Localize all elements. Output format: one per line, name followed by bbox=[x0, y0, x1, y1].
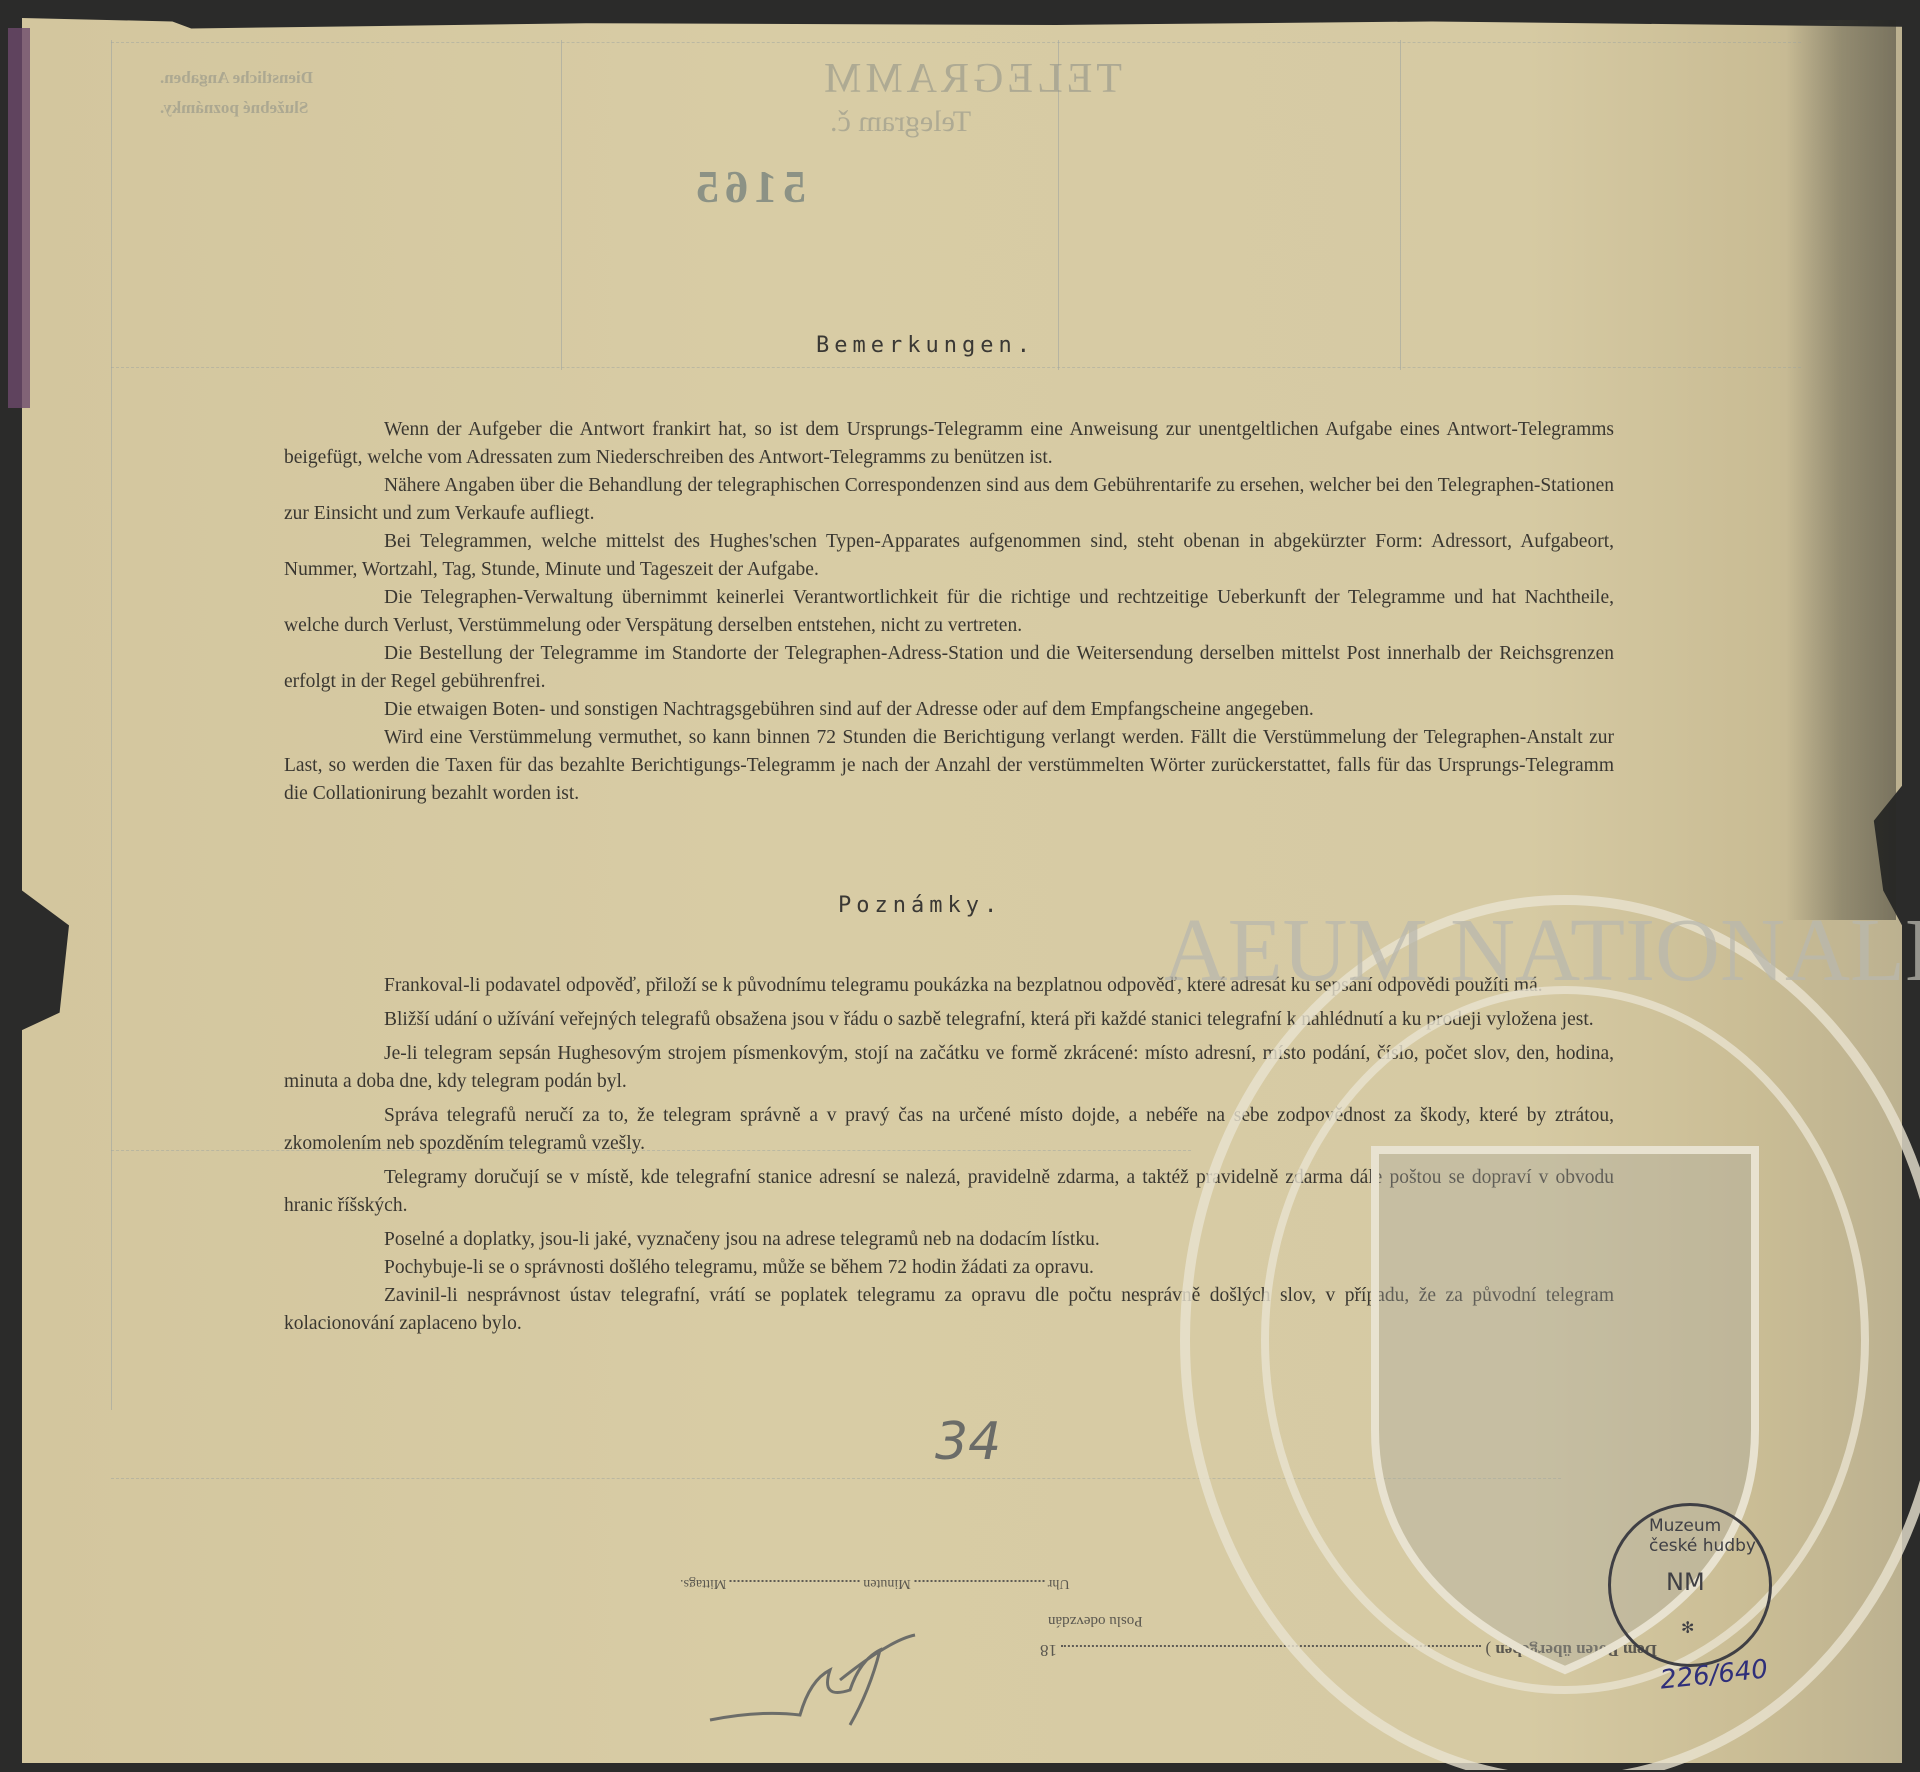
handwritten-page-number: 34 bbox=[935, 1412, 1001, 1472]
grid-line bbox=[561, 40, 562, 370]
serial-number-stamp: 5165 bbox=[690, 160, 806, 213]
grid-line bbox=[111, 367, 1801, 369]
paragraph: Wenn der Aufgeber die Antwort frankirt h… bbox=[284, 416, 1614, 472]
ghost-label-1: Dienstliche Angaben. bbox=[160, 68, 313, 88]
bemerkungen-text: Wenn der Aufgeber die Antwort frankirt h… bbox=[284, 416, 1614, 808]
signature-scrawl bbox=[700, 1630, 930, 1740]
grid-line bbox=[111, 40, 112, 1410]
ghost-label-2: Služebné poznámky. bbox=[160, 98, 308, 118]
inverted-handover-cz: Poslu odevzdán bbox=[1048, 1612, 1143, 1629]
grid-line bbox=[111, 42, 1801, 44]
year-prefix: 18 bbox=[1040, 1641, 1057, 1660]
seal-text: MUSAEUM NATIONALE 1818 bbox=[1165, 901, 1920, 1000]
ghost-form-subtitle: Telegram č. bbox=[830, 105, 971, 139]
paragraph: Die Bestellung der Telegramme im Standor… bbox=[284, 640, 1614, 696]
round-stamp-text: Muzeum české hudby bbox=[1649, 1516, 1769, 1556]
section-heading-poznamky: Poznámky. bbox=[838, 893, 1002, 918]
mounting-tab bbox=[8, 28, 30, 408]
paragraph: Bei Telegrammen, welche mittelst des Hug… bbox=[284, 528, 1614, 584]
museum-seal-watermark: MUSAEUM NATIONALE 1818 bbox=[1165, 870, 1920, 1770]
star-icon: ✻ bbox=[1681, 1618, 1694, 1637]
paragraph: Nähere Angaben über die Behandlung der t… bbox=[284, 472, 1614, 528]
section-heading-bemerkungen: Bemerkungen. bbox=[816, 333, 1035, 358]
paragraph: Die Telegraphen-Verwaltung übernimmt kei… bbox=[284, 584, 1614, 640]
round-stamp-center: NM bbox=[1666, 1568, 1705, 1596]
inverted-time-row: Uhr Minuten Mittags. bbox=[680, 1575, 1070, 1591]
fold-shadow bbox=[1786, 20, 1896, 920]
paragraph: Wird eine Verstümmelung vermuthet, so ka… bbox=[284, 724, 1614, 808]
grid-line bbox=[1400, 40, 1401, 370]
paragraph: Die etwaigen Boten- und sonstigen Nachtr… bbox=[284, 696, 1614, 724]
ghost-form-title: TELEGRAMM bbox=[820, 55, 1122, 103]
museum-round-stamp: Muzeum české hudby NM ✻ bbox=[1608, 1503, 1772, 1667]
